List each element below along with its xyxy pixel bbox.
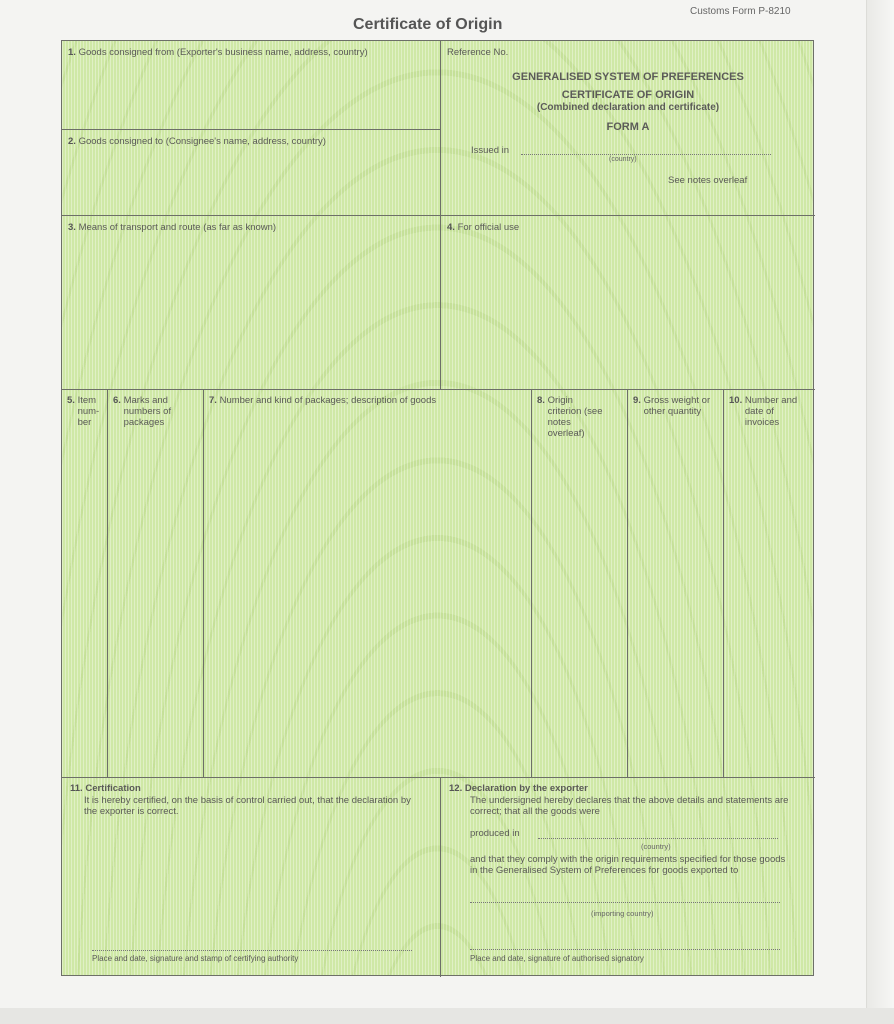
column-description[interactable]: 7. Number and kind of packages; descript… bbox=[203, 389, 531, 777]
column-origin-criterion[interactable]: 8. Origin criterion (see notes overleaf) bbox=[531, 389, 627, 777]
column-marks-numbers[interactable]: 6. Marks and numbers of packages bbox=[107, 389, 203, 777]
box-2-label: 2. Goods consigned to (Consignee's name,… bbox=[68, 136, 434, 147]
box-4-official-use: 4. For official use bbox=[440, 215, 815, 389]
authorised-signatory-caption: Place and date, signature of authorised … bbox=[470, 954, 644, 964]
certificate-form: 1. Goods consigned from (Exporter's busi… bbox=[61, 40, 814, 976]
form-code: Customs Form P-8210 bbox=[690, 6, 791, 17]
box-12-exporter-declaration: 12. Declaration by the exporter The unde… bbox=[440, 777, 815, 977]
box-4-label: 4. For official use bbox=[447, 222, 809, 233]
gsp-heading: GENERALISED SYSTEM OF PREFERENCES bbox=[441, 71, 815, 84]
produced-in-caption: (country) bbox=[641, 842, 671, 851]
reference-box: Reference No. GENERALISED SYSTEM OF PREF… bbox=[440, 41, 815, 215]
form-a-heading: FORM A bbox=[441, 121, 815, 134]
column-5-header: 5. Item num- ber bbox=[67, 396, 104, 429]
column-10-header: 10. Number and date of invoices bbox=[729, 396, 812, 429]
produced-in-field[interactable] bbox=[538, 828, 778, 839]
issued-in-caption: (country) bbox=[609, 156, 637, 164]
box-2-consignee[interactable]: 2. Goods consigned to (Consignee's name,… bbox=[62, 129, 440, 215]
column-7-header: 7. Number and kind of packages; descript… bbox=[209, 396, 528, 407]
see-notes-overleaf: See notes overleaf bbox=[668, 175, 747, 186]
column-6-header: 6. Marks and numbers of packages bbox=[113, 396, 200, 429]
box-12-title: 12. Declaration by the exporter bbox=[449, 783, 809, 794]
box-3-label: 3. Means of transport and route (as far … bbox=[68, 222, 434, 233]
paper-edge bbox=[866, 0, 894, 1024]
produced-in-label: produced in bbox=[470, 828, 520, 839]
document-title: Certificate of Origin bbox=[353, 16, 502, 34]
box-11-certification: 11. Certification It is hereby certified… bbox=[62, 777, 440, 977]
box-1-exporter[interactable]: 1. Goods consigned from (Exporter's busi… bbox=[62, 41, 440, 129]
authorised-signatory-field[interactable] bbox=[470, 941, 780, 950]
box-1-label: 1. Goods consigned from (Exporter's busi… bbox=[68, 47, 434, 58]
declaration-text-2: and that they comply with the origin req… bbox=[470, 854, 795, 877]
combined-declaration-heading: (Combined declaration and certificate) bbox=[441, 102, 815, 114]
column-invoices[interactable]: 10. Number and date of invoices bbox=[723, 389, 815, 777]
scan-bottom-strip bbox=[0, 1008, 894, 1024]
box-3-transport[interactable]: 3. Means of transport and route (as far … bbox=[62, 215, 440, 389]
issued-in-label: Issued in bbox=[471, 145, 509, 156]
exporter-field[interactable] bbox=[68, 71, 434, 123]
certificate-heading: CERTIFICATE OF ORIGIN bbox=[441, 89, 815, 102]
column-gross-weight[interactable]: 9. Gross weight or other quantity bbox=[627, 389, 723, 777]
certifying-authority-caption: Place and date, signature and stamp of c… bbox=[92, 954, 298, 964]
consignee-field[interactable] bbox=[68, 152, 434, 209]
reference-label: Reference No. bbox=[447, 47, 809, 58]
declaration-text-1: The undersigned hereby declares that the… bbox=[470, 795, 790, 818]
importing-country-caption: (importing country) bbox=[591, 909, 654, 918]
box-11-title: 11. Certification bbox=[70, 783, 434, 794]
certifying-authority-signature-field[interactable] bbox=[92, 942, 412, 951]
transport-field[interactable] bbox=[68, 238, 434, 383]
column-9-header: 9. Gross weight or other quantity bbox=[633, 396, 720, 418]
certification-text: It is hereby certified, on the basis of … bbox=[84, 795, 424, 818]
issued-in-field[interactable] bbox=[521, 144, 771, 155]
importing-country-field[interactable] bbox=[470, 892, 780, 903]
column-8-header: 8. Origin criterion (see notes overleaf) bbox=[537, 396, 624, 440]
column-item-number[interactable]: 5. Item num- ber bbox=[62, 389, 107, 777]
